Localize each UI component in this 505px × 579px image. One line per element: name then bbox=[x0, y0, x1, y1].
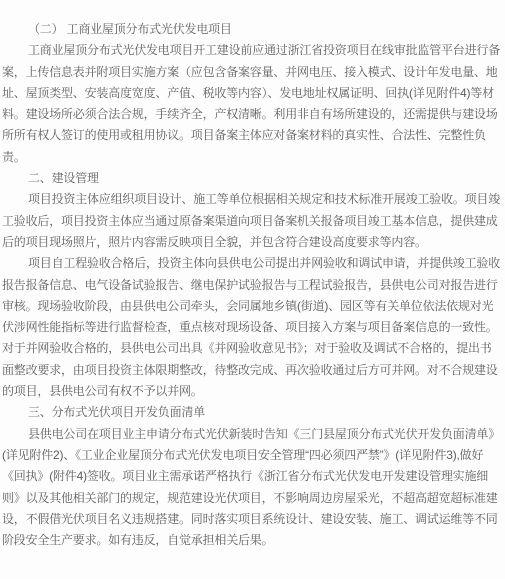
text-line: 则》以及其他相关部门的规定，规范建设光伏项目，不影响周边房屋采光，不超高超宽超标… bbox=[2, 488, 502, 509]
text-line: (详见附件2)、《工业企业屋顶分布式光伏发电项目安全管理“四必须四严禁”》(详见… bbox=[2, 445, 502, 466]
text-line: 料。建设场所必须合法合规，手续齐全，产权清晰。利用非自有场所建设的，还需提供与建… bbox=[2, 104, 502, 125]
section-heading: 二、建设管理 bbox=[2, 168, 502, 189]
text-line: 址、屋顶类型、安装高度宽度、产值、税收等内容）、发电地址权属证明、回执(详见附件… bbox=[2, 83, 502, 104]
text-line: 《回执》(附件4)签收。项目业主需承诺严格执行《浙江省分布式光伏发电开发建设管理… bbox=[2, 466, 502, 487]
text-line: 责。 bbox=[2, 147, 502, 168]
text-line: 项目自工程验收合格后，投资主体向县供电公司提出并网验收和调试申请，并提供竣工验收 bbox=[2, 253, 502, 274]
text-line: 案，上传信息表并附项目实施方案（应包含备案容量、并网电压、接入模式、设计年发电量… bbox=[2, 62, 502, 83]
text-line: 报告报备信息、电气设备试验报告、继电保护试验报告与工程试验报告，县供电公司对报告… bbox=[2, 275, 502, 296]
text-line: 项目投资主体应组织项目设计、施工等单位根据相关规定和技术标准开展竣工验收。项目竣 bbox=[2, 189, 502, 210]
document-page: { "colors": { "background": "#fdfdfd", "… bbox=[0, 0, 505, 579]
text-line: 伏涉网性能指标等进行监督检查，重点核对现场设备、项目接入方案与项目备案信息的一致… bbox=[2, 317, 502, 338]
text-line: 对于并网验收合格的，县供电公司出具《并网验收意见书》；对于验收及调试不合格的，提… bbox=[2, 338, 502, 359]
text-line: 的项目，县供电公司有权不予以并网。 bbox=[2, 381, 502, 402]
section-heading: （二） 工商业屋顶分布式光伏发电项目 bbox=[2, 19, 502, 40]
text-line: 工商业屋顶分布式光伏发电项目开工建设前应通过浙江省投资项目在线审批监管平台进行备 bbox=[2, 40, 502, 61]
text-line: 设，不假借光伏项目名义违规搭建。同时落实项目系统设计、建设安装、施工、调试运维等… bbox=[2, 509, 502, 530]
text-line: 后的项目现场照片，照片内容需反映项目全貌，并包含符合建设高度要求等内容。 bbox=[2, 232, 502, 253]
text-line: 工验收后，项目投资主体应当通过原备案渠道向项目备案机关报备项目竣工基本信息，提供… bbox=[2, 211, 502, 232]
text-line: 审核。现场验收阶段，由县供电公司牵头，会同属地乡镇(街道)、园区等有关单位依法依… bbox=[2, 296, 502, 317]
text-line: 面整改要求，由项目投资主体限期整改，待整改完成、再次验收通过后方可并网。对不合规… bbox=[2, 360, 502, 381]
text-line: 阶段安全生产要求。如有违反，自觉承担相关后果。 bbox=[2, 530, 502, 551]
text-line: 所所有权人签订的使用或租用协议。项目备案主体应对备案材料的真实性、合法性、完整性… bbox=[2, 125, 502, 146]
text-line: 县供电公司在项目业主申请分布式光伏新装时告知《三门县屋顶分布式光伏开发负面清单》 bbox=[2, 424, 502, 445]
document-content: （二） 工商业屋顶分布式光伏发电项目工商业屋顶分布式光伏发电项目开工建设前应通过… bbox=[0, 0, 505, 579]
section-heading: 三、分布式光伏项目开发负面清单 bbox=[2, 402, 502, 423]
